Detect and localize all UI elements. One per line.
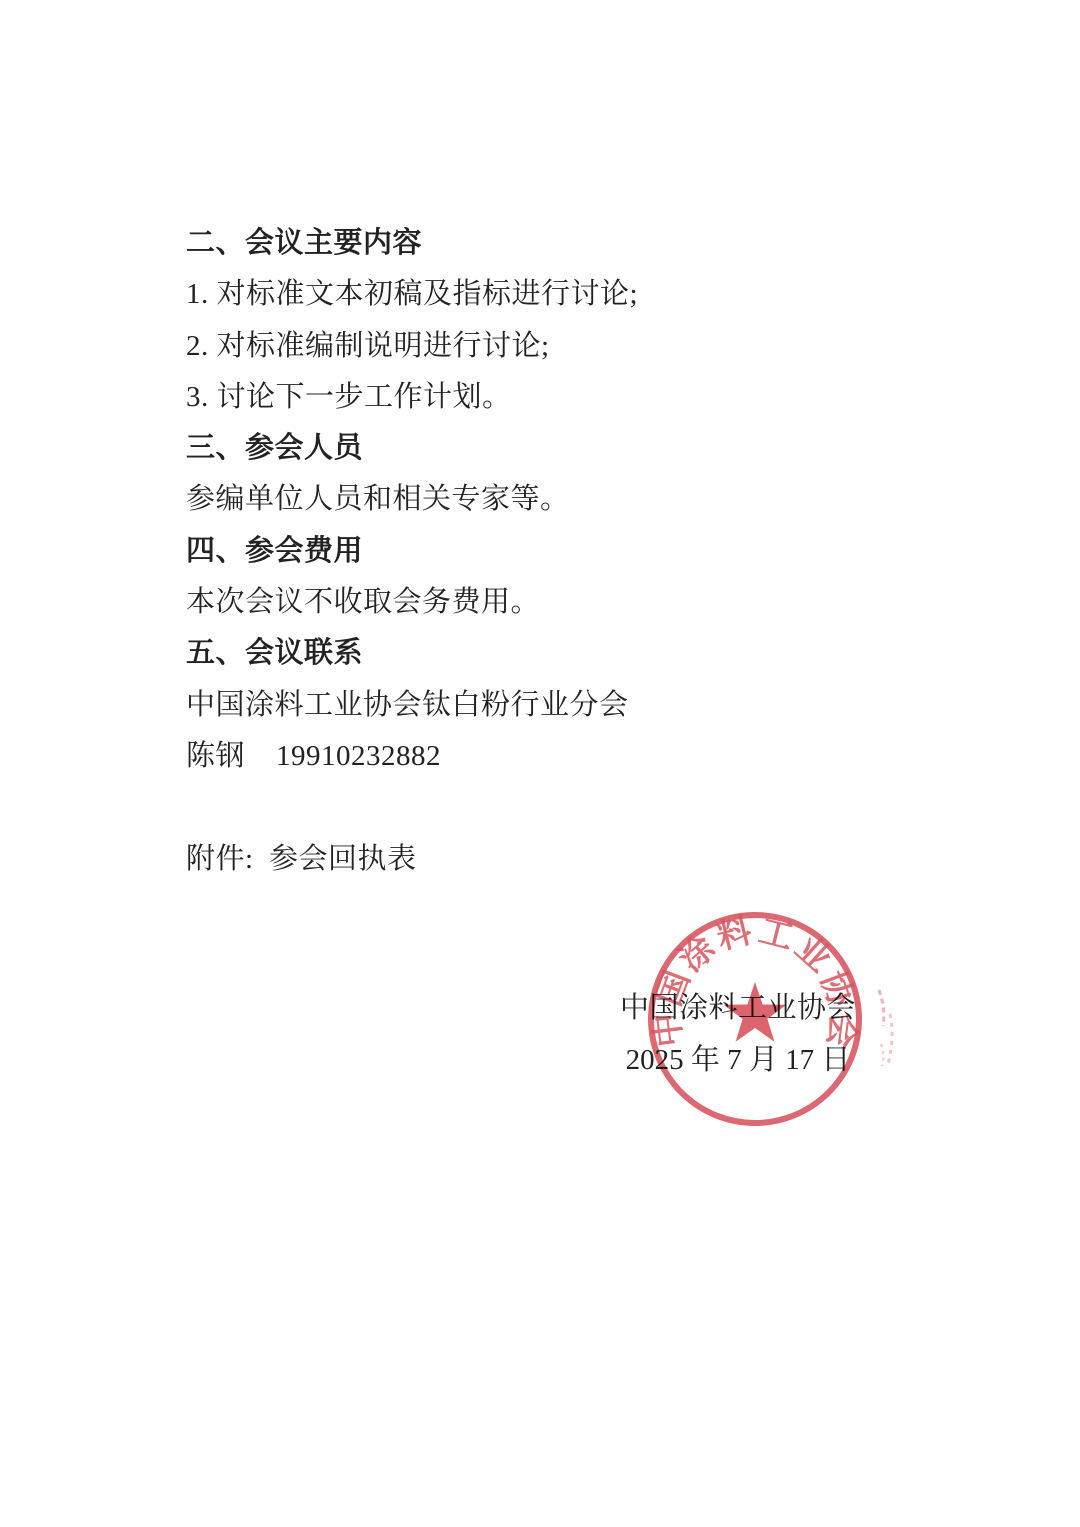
paragraph-line: 中国涂料工业协会钛白粉行业分会 [186, 680, 946, 731]
paragraph-line: 附件: 参会回执表 [186, 834, 946, 885]
signature-organization: 中国涂料工业协会 [498, 992, 978, 1024]
section-heading: 二、会议主要内容 [186, 218, 946, 269]
paragraph-line: 1. 对标准文本初稿及指标进行讨论; [186, 269, 946, 320]
section-heading: 四、参会费用 [186, 526, 946, 577]
blank-line [186, 782, 946, 833]
paragraph-line: 3. 讨论下一步工作计划。 [186, 372, 946, 423]
paragraph-line: 陈钢 19910232882 [186, 731, 946, 782]
paragraph-line: 2. 对标准编制说明进行讨论; [186, 321, 946, 372]
section-heading: 五、会议联系 [186, 628, 946, 679]
document-page: 二、会议主要内容1. 对标准文本初稿及指标进行讨论;2. 对标准编制说明进行讨论… [0, 0, 1080, 1527]
paragraph-line: 本次会议不收取会务费用。 [186, 577, 946, 628]
section-heading: 三、参会人员 [186, 423, 946, 474]
signature-block: 中国涂料工业协会 2025 年 7 月 17 日 [498, 992, 978, 1076]
paragraph-line: 参编单位人员和相关专家等。 [186, 474, 946, 525]
document-text-block: 二、会议主要内容1. 对标准文本初稿及指标进行讨论;2. 对标准编制说明进行讨论… [186, 218, 946, 885]
signature-date: 2025 年 7 月 17 日 [498, 1044, 978, 1076]
